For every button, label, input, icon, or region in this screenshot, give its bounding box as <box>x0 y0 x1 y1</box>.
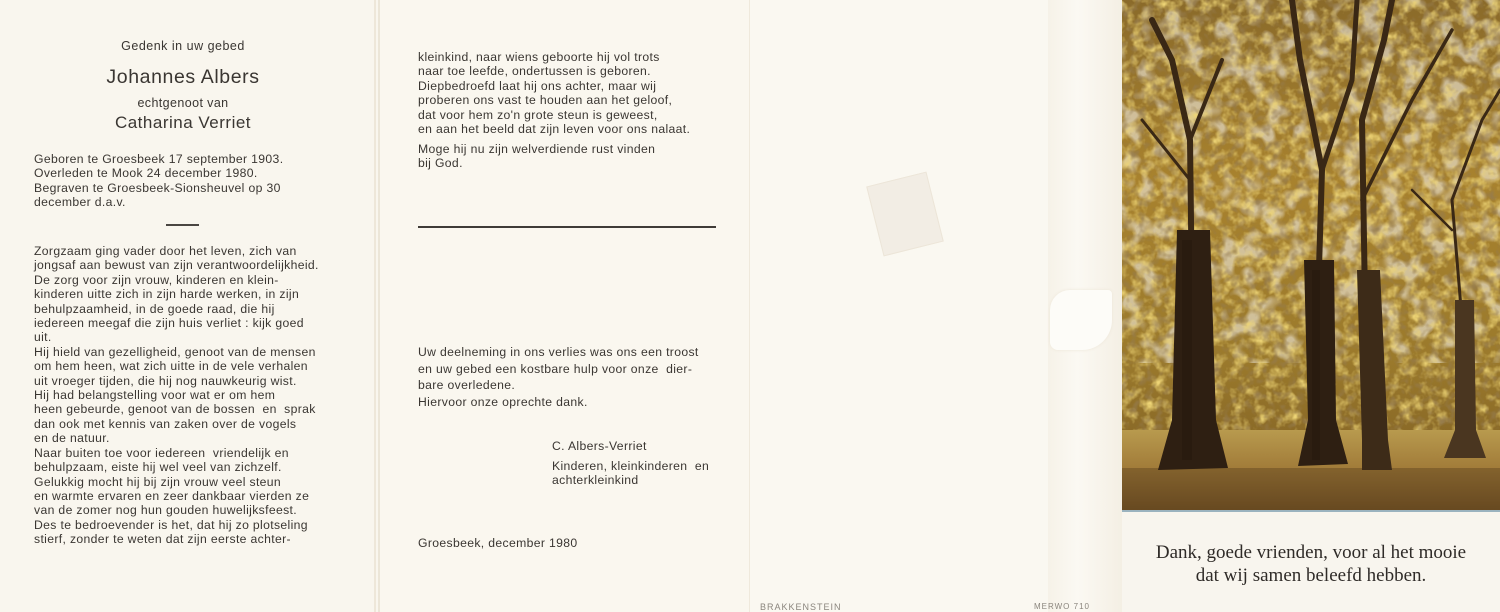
torn-paper-patch <box>1050 290 1112 350</box>
text-line: naar toe leefde, ondertussen is geboren. <box>418 64 690 78</box>
text-line: achterkleinkind <box>552 473 709 487</box>
printer-mark-right: MERWO 710 <box>1034 602 1090 611</box>
printer-mark-left: BRAKKENSTEIN <box>760 602 842 612</box>
signature-name: C. Albers-Verriet <box>552 439 647 453</box>
signature-family: Kinderen, kleinkinderen enachterkleinkin… <box>552 459 709 488</box>
text-line: Begraven te Groesbeek-Sionsheuvel op 30 <box>34 181 283 195</box>
spouse-name: Catharina Verriet <box>0 113 366 133</box>
biography-continued: kleinkind, naar wiens geboorte hij vol t… <box>418 50 690 136</box>
text-line: heen gebeurde, genoot van de bossen en s… <box>34 402 319 416</box>
text-line: bij God. <box>418 156 655 170</box>
text-line: behulpzaam, eiste hij wel veel van zichz… <box>34 460 319 474</box>
text-line: behulpzaamheid, in de goede raad, die hi… <box>34 302 319 316</box>
intro-text: Gedenk in uw gebed <box>0 39 366 53</box>
text-line: proberen ons vast te houden aan het gelo… <box>418 93 690 107</box>
text-line: uit vroeger tijden, die hij nog nauwkeur… <box>34 374 319 388</box>
paper-mark <box>866 172 944 257</box>
text-line: december d.a.v. <box>34 195 283 209</box>
photo-caption: Dank, goede vrienden, voor al het mooied… <box>1122 541 1500 587</box>
life-dates: Geboren te Groesbeek 17 september 1903.O… <box>34 152 283 210</box>
text-line: kinderen uitte zich in zijn harde werken… <box>34 287 319 301</box>
text-line: dat wij samen beleefd hebben. <box>1122 564 1500 587</box>
text-line: kleinkind, naar wiens geboorte hij vol t… <box>418 50 690 64</box>
thanks-text: Uw deelneming in ons verlies was ons een… <box>418 344 699 411</box>
text-line: Naar buiten toe voor iedereen vriendelij… <box>34 446 319 460</box>
spouse-label: echtgenoot van <box>0 96 366 110</box>
divider <box>166 224 199 226</box>
text-line: en uw gebed een kostbare hulp voor onze … <box>418 361 699 378</box>
text-line: Moge hij nu zijn welverdiende rust vinde… <box>418 142 655 156</box>
text-line: De zorg voor zijn vrouw, kinderen en kle… <box>34 273 319 287</box>
back-panel: BRAKKENSTEIN MERWO 710 <box>750 0 1122 612</box>
text-line: en de natuur. <box>34 431 319 445</box>
deceased-name: Johannes Albers <box>0 66 366 89</box>
fold-crease <box>374 0 376 612</box>
text-line: en warmte ervaren en zeer dankbaar vierd… <box>34 489 319 503</box>
text-line: dan ook met kennis van zaken over de vog… <box>34 417 319 431</box>
text-line: Zorgzaam ging vader door het leven, zich… <box>34 244 319 258</box>
biography-text: Zorgzaam ging vader door het leven, zich… <box>34 244 319 547</box>
text-line: en aan het beeld dat zijn leven voor ons… <box>418 122 690 136</box>
text-line: Gelukkig mocht hij bij zijn vrouw veel s… <box>34 475 319 489</box>
middle-panel: kleinkind, naar wiens geboorte hij vol t… <box>378 0 750 612</box>
text-line: Kinderen, kleinkinderen en <box>552 459 709 473</box>
text-line: Des te bedroevender is het, dat hij zo p… <box>34 518 319 532</box>
place-date: Groesbeek, december 1980 <box>418 536 577 550</box>
autumn-forest-photo <box>1122 0 1500 511</box>
text-line: uit. <box>34 330 319 344</box>
text-line: Dank, goede vrienden, voor al het mooie <box>1122 541 1500 564</box>
text-line: om hem heen, wat zich uitte in de vele v… <box>34 359 319 373</box>
photo-border <box>1122 510 1500 512</box>
text-line: Hij had belangstelling voor wat er om he… <box>34 388 319 402</box>
divider <box>418 226 716 228</box>
text-line: dat voor hem zo'n grote steun is geweest… <box>418 108 690 122</box>
text-line: jongsaf aan bewust van zijn verantwoorde… <box>34 258 319 272</box>
text-line: Diepbedroefd laat hij ons achter, maar w… <box>418 79 690 93</box>
left-panel: Gedenk in uw gebed Johannes Albers echtg… <box>0 0 378 612</box>
text-line: Uw deelneming in ons verlies was ons een… <box>418 344 699 361</box>
text-line: bare overledene. <box>418 377 699 394</box>
closing-prayer: Moge hij nu zijn welverdiende rust vinde… <box>418 142 655 171</box>
text-line: iedereen meegaf die zijn huis verliet : … <box>34 316 319 330</box>
text-line: Hij hield van gezelligheid, genoot van d… <box>34 345 319 359</box>
text-line: Geboren te Groesbeek 17 september 1903. <box>34 152 283 166</box>
text-line: stierf, zonder te weten dat zijn eerste … <box>34 532 319 546</box>
text-line: Overleden te Mook 24 december 1980. <box>34 166 283 180</box>
text-line: van de zomer nog hun gouden huwelijksfee… <box>34 503 319 517</box>
photo-panel: Dank, goede vrienden, voor al het mooied… <box>1122 0 1500 612</box>
text-line: Hiervoor onze oprechte dank. <box>418 394 699 411</box>
